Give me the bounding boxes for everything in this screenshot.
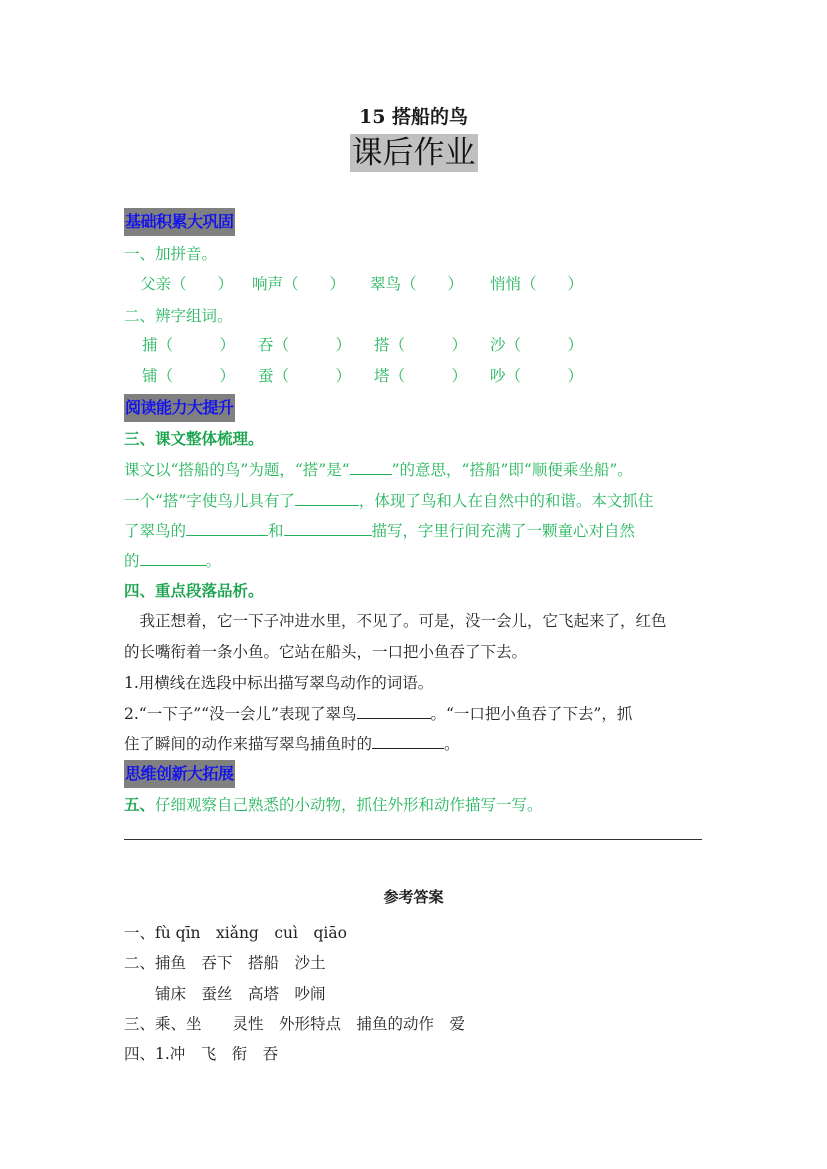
q3-blank-5[interactable]: [140, 549, 206, 566]
q3-text: 。: [206, 552, 222, 570]
q3-text: 和: [268, 522, 284, 540]
answer-2-row1: 二、捕鱼 吞下 搭船 沙土: [124, 952, 326, 974]
answer-2-row2: 铺床 蚕丝 高塔 吵闹: [124, 983, 326, 1005]
answer-3: 三、乘、坐 灵性 外形特点 捕鱼的动作 爱: [124, 1013, 465, 1035]
q4-sub1: 1.用横线在选段中标出描写翠鸟动作的词语。: [124, 672, 433, 694]
q1-item: 悄悄（ ）: [490, 273, 583, 295]
section-tag-reading: 阅读能力大提升: [124, 394, 235, 422]
q4-heading: 四、重点段落品析。: [124, 580, 264, 602]
q3-blank-2[interactable]: [295, 489, 359, 506]
q3-blank-1[interactable]: [350, 458, 392, 475]
q3-text: ”的意思，“搭船”即“顺便乘坐船”。: [392, 461, 633, 479]
q1-item: 父亲（ ）: [140, 273, 252, 295]
q2-item: 蚕（ ）: [258, 365, 374, 387]
q4-passage-line2: 的长嘴衔着一条小鱼。它站在船头，一口把小鱼吞了下去。: [124, 641, 527, 663]
q3-heading: 三、课文整体梳理。: [124, 428, 264, 450]
q3-blank-3[interactable]: [186, 519, 268, 536]
q4-text: 。: [444, 735, 460, 753]
answer-4: 四、1.冲 飞 衔 吞: [124, 1043, 278, 1065]
q2-row2: 铺（ ）蚕（ ）塔（ ）吵（ ）: [142, 365, 583, 387]
q4-passage-line1: 我正想着，它一下子冲进水里，不见了。可是，没一会儿，它飞起来了，红色: [124, 610, 667, 632]
q3-line3: 了翠鸟的和描写，字里行间充满了一颗童心对自然: [124, 519, 635, 542]
q2-item: 吞（ ）: [258, 334, 374, 356]
q3-text: 了翠鸟的: [124, 522, 186, 540]
q3-text: 描写，字里行间充满了一颗童心对自然: [372, 522, 636, 540]
homework-subtitle: 课后作业: [350, 134, 478, 172]
q3-line4: 的。: [124, 549, 221, 572]
q2-item: 吵（ ）: [490, 365, 583, 387]
q1-heading: 一、加拼音。: [124, 243, 217, 265]
q4-text: 住了瞬间的动作来描写翠鸟捕鱼时的: [124, 735, 372, 753]
q3-text: 的: [124, 552, 140, 570]
q4-text: 。“一口把小鱼吞了下去”，抓: [431, 705, 633, 723]
q2-item: 沙（ ）: [490, 334, 583, 356]
q1-item: 响声（ ）: [252, 273, 370, 295]
lesson-title: 15 搭船的鸟: [0, 104, 827, 130]
q5-number: 五、: [124, 795, 155, 814]
q3-text: ，体现了鸟和人在自然中的和谐。本文抓住: [359, 492, 654, 510]
q3-text: 课文以“搭船的鸟”为题，“搭”是“: [124, 461, 350, 479]
q4-text: 2.“一下子”“没一会儿”表现了翠鸟: [124, 705, 357, 723]
q4-sub2-line2: 住了瞬间的动作来描写翠鸟捕鱼时的。: [124, 732, 460, 755]
q2-heading: 二、辨字组词。: [124, 305, 233, 327]
subtitle-wrap: 课后作业: [0, 134, 827, 172]
q3-blank-4[interactable]: [284, 519, 372, 536]
q2-item: 塔（ ）: [374, 365, 490, 387]
section-tag-basic: 基础积累大巩固: [124, 208, 235, 236]
answers-title: 参考答案: [0, 886, 827, 908]
q5-heading: 五、仔细观察自己熟悉的小动物，抓住外形和动作描写一写。: [124, 794, 543, 816]
q2-item: 捕（ ）: [142, 334, 258, 356]
section-tag-thinking: 思维创新大拓展: [124, 760, 235, 788]
q3-line1: 课文以“搭船的鸟”为题，“搭”是“”的意思，“搭船”即“顺便乘坐船”。: [124, 458, 633, 481]
q3-line2: 一个“搭”字使鸟儿具有了，体现了鸟和人在自然中的和谐。本文抓住: [124, 489, 653, 512]
q3-text: 一个“搭”字使鸟儿具有了: [124, 492, 295, 510]
q4-blank-2[interactable]: [372, 732, 444, 749]
q4-sub2-line1: 2.“一下子”“没一会儿”表现了翠鸟。“一口把小鱼吞了下去”，抓: [124, 702, 632, 725]
q1-item: 翠鸟（ ）: [370, 273, 490, 295]
q2-item: 搭（ ）: [374, 334, 490, 356]
q2-row1: 捕（ ）吞（ ）搭（ ）沙（ ）: [142, 334, 583, 356]
answer-1: 一、fù qīn xiǎng cuì qiāo: [124, 922, 347, 944]
q1-items: 父亲（ ）响声（ ）翠鸟（ ）悄悄（ ）: [140, 273, 600, 295]
q2-item: 铺（ ）: [142, 365, 258, 387]
q5-text: 仔细观察自己熟悉的小动物，抓住外形和动作描写一写。: [155, 796, 543, 814]
q4-blank-1[interactable]: [357, 702, 431, 719]
answer-separator: [124, 839, 702, 840]
